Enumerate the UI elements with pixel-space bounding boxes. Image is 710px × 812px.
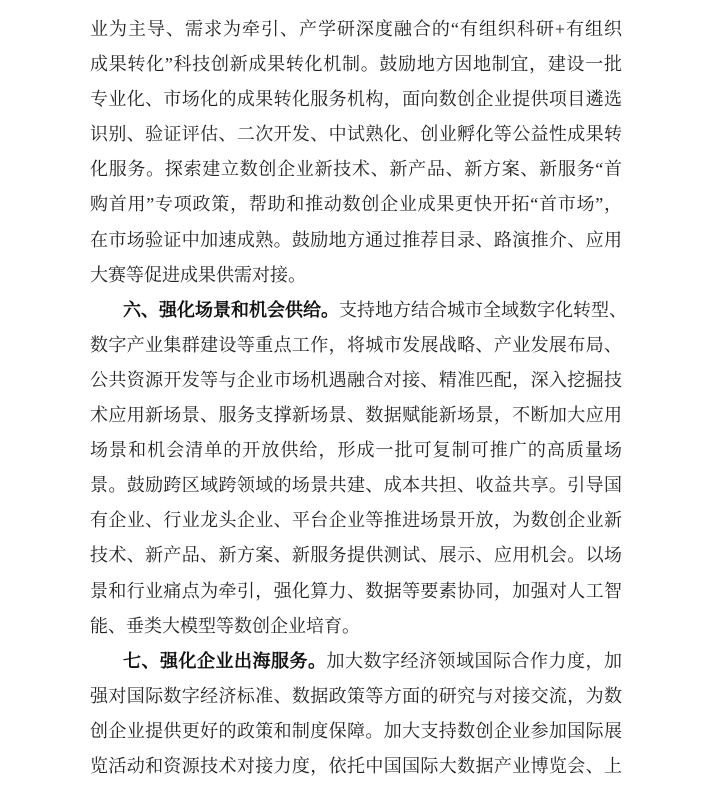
text-run: 业为主导、需求为牵引、产学研深度融合的“有组织科研+有组织	[90, 19, 622, 39]
text-line: 专业化、市场化的成果转化服务机构，面向数创企业提供项目遴选	[90, 82, 622, 117]
text-run: 加大数字经济领域国际合作力度，加	[327, 651, 623, 671]
text-run: 览活动和资源技术对接力度，依托中国国际大数据产业博览会、上	[90, 756, 622, 776]
text-line: 购首用”专项政策，帮助和推动数创企业成果更快开拓“首市场”，	[90, 187, 622, 222]
text-run: 场景和机会清单的开放供给，形成一批可复制可推广的高质量场	[90, 440, 622, 460]
text-line: 强对国际数字经济标准、数据政策等方面的研究与对接交流，为数	[90, 679, 622, 714]
text-run: 支持地方结合城市全域数字化转型、	[339, 300, 627, 320]
document-text-body: 业为主导、需求为牵引、产学研深度融合的“有组织科研+有组织成果转化”科技创新成果…	[90, 12, 622, 784]
section-heading-line: 六、强化场景和机会供给。支持地方结合城市全域数字化转型、	[90, 293, 622, 328]
text-run: 购首用”专项政策，帮助和推动数创企业成果更快开拓“首市场”，	[90, 194, 622, 214]
text-run: 创企业提供更好的政策和制度保障。加大支持数创企业参加国际展	[90, 721, 622, 741]
text-run: 化服务。探索建立数创企业新技术、新产品、新方案、新服务“首	[90, 159, 622, 179]
section-heading: 七、强化企业出海服务。	[123, 651, 327, 671]
text-line: 化服务。探索建立数创企业新技术、新产品、新方案、新服务“首	[90, 152, 622, 187]
text-line: 识别、验证评估、二次开发、中试熟化、创业孵化等公益性成果转	[90, 117, 622, 152]
text-run: 在市场验证中加速成熟。鼓励地方通过推荐目录、路演推介、应用	[90, 230, 622, 250]
text-run: 数字产业集群建设等重点工作，将城市发展战略、产业发展布局、	[90, 335, 622, 355]
text-run: 有企业、行业龙头企业、平台企业等推进场景开放，为数创企业新	[90, 510, 622, 530]
text-line: 术应用新场景、服务支撑新场景、数据赋能新场景，不断加大应用	[90, 398, 622, 433]
section-heading: 六、强化场景和机会供给。	[123, 300, 339, 320]
section-heading-line: 七、强化企业出海服务。加大数字经济领域国际合作力度，加	[90, 644, 622, 679]
text-run: 公共资源开发等与企业市场机遇融合对接、精准匹配，深入挖掘技	[90, 370, 622, 390]
text-line: 场景和机会清单的开放供给，形成一批可复制可推广的高质量场	[90, 433, 622, 468]
text-line: 成果转化”科技创新成果转化机制。鼓励地方因地制宜，建设一批	[90, 47, 622, 82]
text-line: 创企业提供更好的政策和制度保障。加大支持数创企业参加国际展	[90, 714, 622, 749]
text-line: 景和行业痛点为牵引，强化算力、数据等要素协同，加强对人工智	[90, 574, 622, 609]
text-line: 公共资源开发等与企业市场机遇融合对接、精准匹配，深入挖掘技	[90, 363, 622, 398]
text-run: 识别、验证评估、二次开发、中试熟化、创业孵化等公益性成果转	[90, 124, 622, 144]
text-run: 专业化、市场化的成果转化服务机构，面向数创企业提供项目遴选	[90, 89, 622, 109]
text-run: 景。鼓励跨区域跨领域的场景共建、成本共担、收益共享。引导国	[90, 475, 622, 495]
text-run: 成果转化”科技创新成果转化机制。鼓励地方因地制宜，建设一批	[90, 54, 622, 74]
text-line: 在市场验证中加速成熟。鼓励地方通过推荐目录、路演推介、应用	[90, 223, 622, 258]
text-run: 景和行业痛点为牵引，强化算力、数据等要素协同，加强对人工智	[90, 581, 622, 601]
text-run: 能、垂类大模型等数创企业培育。	[90, 616, 360, 636]
text-line: 景。鼓励跨区域跨领域的场景共建、成本共担、收益共享。引导国	[90, 468, 622, 503]
text-line: 有企业、行业龙头企业、平台企业等推进场景开放，为数创企业新	[90, 503, 622, 538]
text-run: 技术、新产品、新方案、新服务提供测试、展示、应用机会。以场	[90, 545, 622, 565]
text-line: 数字产业集群建设等重点工作，将城市发展战略、产业发展布局、	[90, 328, 622, 363]
text-line: 技术、新产品、新方案、新服务提供测试、展示、应用机会。以场	[90, 538, 622, 573]
text-line: 业为主导、需求为牵引、产学研深度融合的“有组织科研+有组织	[90, 12, 622, 47]
text-run: 大赛等促进成果供需对接。	[90, 265, 306, 285]
text-line: 览活动和资源技术对接力度，依托中国国际大数据产业博览会、上	[90, 749, 622, 784]
document-page: 业为主导、需求为牵引、产学研深度融合的“有组织科研+有组织成果转化”科技创新成果…	[0, 0, 710, 812]
text-line: 能、垂类大模型等数创企业培育。	[90, 609, 622, 644]
text-line: 大赛等促进成果供需对接。	[90, 258, 622, 293]
text-run: 强对国际数字经济标准、数据政策等方面的研究与对接交流，为数	[90, 686, 622, 706]
text-run: 术应用新场景、服务支撑新场景、数据赋能新场景，不断加大应用	[90, 405, 622, 425]
